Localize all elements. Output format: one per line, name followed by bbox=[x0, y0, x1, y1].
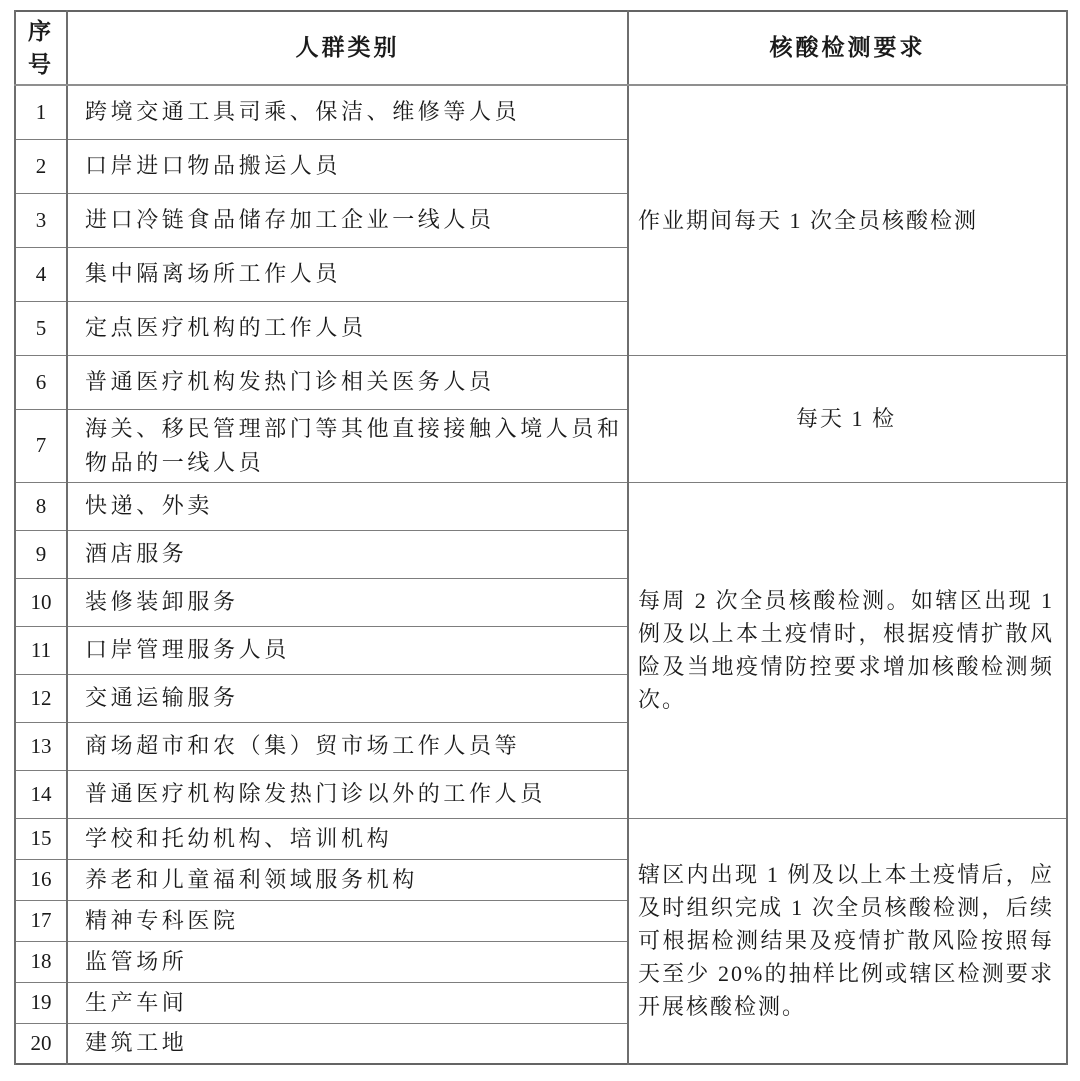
testing-requirements-table: 序号 人群类别 核酸检测要求 1 跨境交通工具司乘、保洁、维修等人员 作业期间每… bbox=[14, 10, 1068, 1065]
row-number-cell: 19 bbox=[15, 982, 67, 1023]
table-row: 8 快递、外卖 每周 2 次全员核酸检测。如辖区出现 1 例及以上本土疫情时，根… bbox=[15, 482, 1067, 530]
row-number-cell: 7 bbox=[15, 409, 67, 482]
category-cell: 口岸进口物品搬运人员 bbox=[67, 139, 628, 193]
category-cell: 集中隔离场所工作人员 bbox=[67, 247, 628, 301]
row-number-cell: 2 bbox=[15, 139, 67, 193]
category-cell: 酒店服务 bbox=[67, 530, 628, 578]
table-row: 15 学校和托幼机构、培训机构 辖区内出现 1 例及以上本土疫情后，应及时组织完… bbox=[15, 818, 1067, 859]
category-cell: 快递、外卖 bbox=[67, 482, 628, 530]
category-cell: 进口冷链食品储存加工企业一线人员 bbox=[67, 193, 628, 247]
requirement-cell-group2: 每天 1 检 bbox=[628, 355, 1067, 482]
requirement-cell-group3: 每周 2 次全员核酸检测。如辖区出现 1 例及以上本土疫情时，根据疫情扩散风险及… bbox=[628, 482, 1067, 818]
row-number-cell: 16 bbox=[15, 859, 67, 900]
row-number-cell: 18 bbox=[15, 941, 67, 982]
category-cell: 商场超市和农（集）贸市场工作人员等 bbox=[67, 722, 628, 770]
col-header-no: 序号 bbox=[15, 11, 67, 85]
document-page: 序号 人群类别 核酸检测要求 1 跨境交通工具司乘、保洁、维修等人员 作业期间每… bbox=[0, 0, 1080, 1081]
table-row: 6 普通医疗机构发热门诊相关医务人员 每天 1 检 bbox=[15, 355, 1067, 409]
row-number-cell: 10 bbox=[15, 578, 67, 626]
col-header-category: 人群类别 bbox=[67, 11, 628, 85]
row-number-cell: 4 bbox=[15, 247, 67, 301]
row-number-cell: 14 bbox=[15, 770, 67, 818]
row-number-cell: 12 bbox=[15, 674, 67, 722]
category-cell: 生产车间 bbox=[67, 982, 628, 1023]
category-cell: 监管场所 bbox=[67, 941, 628, 982]
row-number-cell: 20 bbox=[15, 1023, 67, 1064]
category-cell: 养老和儿童福利领域服务机构 bbox=[67, 859, 628, 900]
category-cell: 口岸管理服务人员 bbox=[67, 626, 628, 674]
row-number-cell: 15 bbox=[15, 818, 67, 859]
table-row: 1 跨境交通工具司乘、保洁、维修等人员 作业期间每天 1 次全员核酸检测 bbox=[15, 85, 1067, 139]
requirement-cell-group4: 辖区内出现 1 例及以上本土疫情后，应及时组织完成 1 次全员核酸检测，后续可根… bbox=[628, 818, 1067, 1064]
requirement-cell-group1: 作业期间每天 1 次全员核酸检测 bbox=[628, 85, 1067, 355]
row-number-cell: 17 bbox=[15, 900, 67, 941]
category-cell: 跨境交通工具司乘、保洁、维修等人员 bbox=[67, 85, 628, 139]
col-header-requirement: 核酸检测要求 bbox=[628, 11, 1067, 85]
row-number-cell: 13 bbox=[15, 722, 67, 770]
category-cell: 定点医疗机构的工作人员 bbox=[67, 301, 628, 355]
row-number-cell: 11 bbox=[15, 626, 67, 674]
row-number-cell: 5 bbox=[15, 301, 67, 355]
row-number-cell: 8 bbox=[15, 482, 67, 530]
row-number-cell: 6 bbox=[15, 355, 67, 409]
row-number-cell: 3 bbox=[15, 193, 67, 247]
category-cell: 交通运输服务 bbox=[67, 674, 628, 722]
category-cell: 普通医疗机构除发热门诊以外的工作人员 bbox=[67, 770, 628, 818]
category-cell: 装修装卸服务 bbox=[67, 578, 628, 626]
category-cell: 普通医疗机构发热门诊相关医务人员 bbox=[67, 355, 628, 409]
category-cell: 海关、移民管理部门等其他直接接触入境人员和物品的一线人员 bbox=[67, 409, 628, 482]
header-row: 序号 人群类别 核酸检测要求 bbox=[15, 11, 1067, 85]
category-cell: 学校和托幼机构、培训机构 bbox=[67, 818, 628, 859]
category-cell: 精神专科医院 bbox=[67, 900, 628, 941]
row-number-cell: 9 bbox=[15, 530, 67, 578]
row-number-cell: 1 bbox=[15, 85, 67, 139]
category-cell: 建筑工地 bbox=[67, 1023, 628, 1064]
